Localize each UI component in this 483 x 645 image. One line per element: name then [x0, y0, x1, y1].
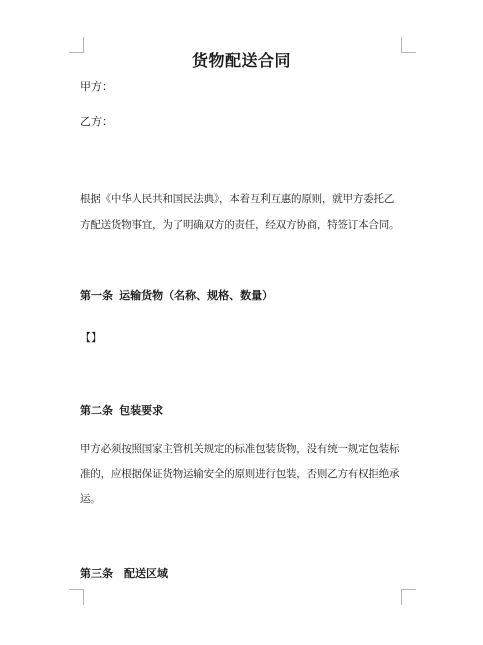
document-page: 货物配送合同 甲方： 乙方： 根据《中华人民共和国民法典》，本着互利互惠的原则，… [0, 0, 483, 645]
party-b-line: 乙方： [80, 115, 403, 129]
page-title: 货物配送合同 [80, 53, 403, 71]
party-a-line: 甲方： [80, 80, 403, 94]
margin-crop-mark-bottom-right [401, 589, 416, 605]
preamble-paragraph: 根据《中华人民共和国民法典》，本着互利互惠的原则，就甲方委托乙方配送货物事宜，为… [80, 186, 403, 238]
margin-crop-mark-top-left [69, 37, 84, 53]
section-3-heading: 第三条 配送区域 [80, 567, 403, 582]
section-2-heading: 第二条 包装要求 [80, 404, 403, 419]
section-1-placeholder-brackets: 【】 [80, 331, 403, 345]
margin-crop-mark-bottom-left [69, 589, 84, 605]
margin-crop-mark-top-right [401, 37, 416, 53]
section-1-heading: 第一条 运输货物（名称、规格、数量） [80, 289, 403, 304]
section-2-paragraph: 甲方必须按照国家主管机关规定的标准包装货物，没有统一规定包装标准的，应根据保证货… [80, 437, 403, 512]
